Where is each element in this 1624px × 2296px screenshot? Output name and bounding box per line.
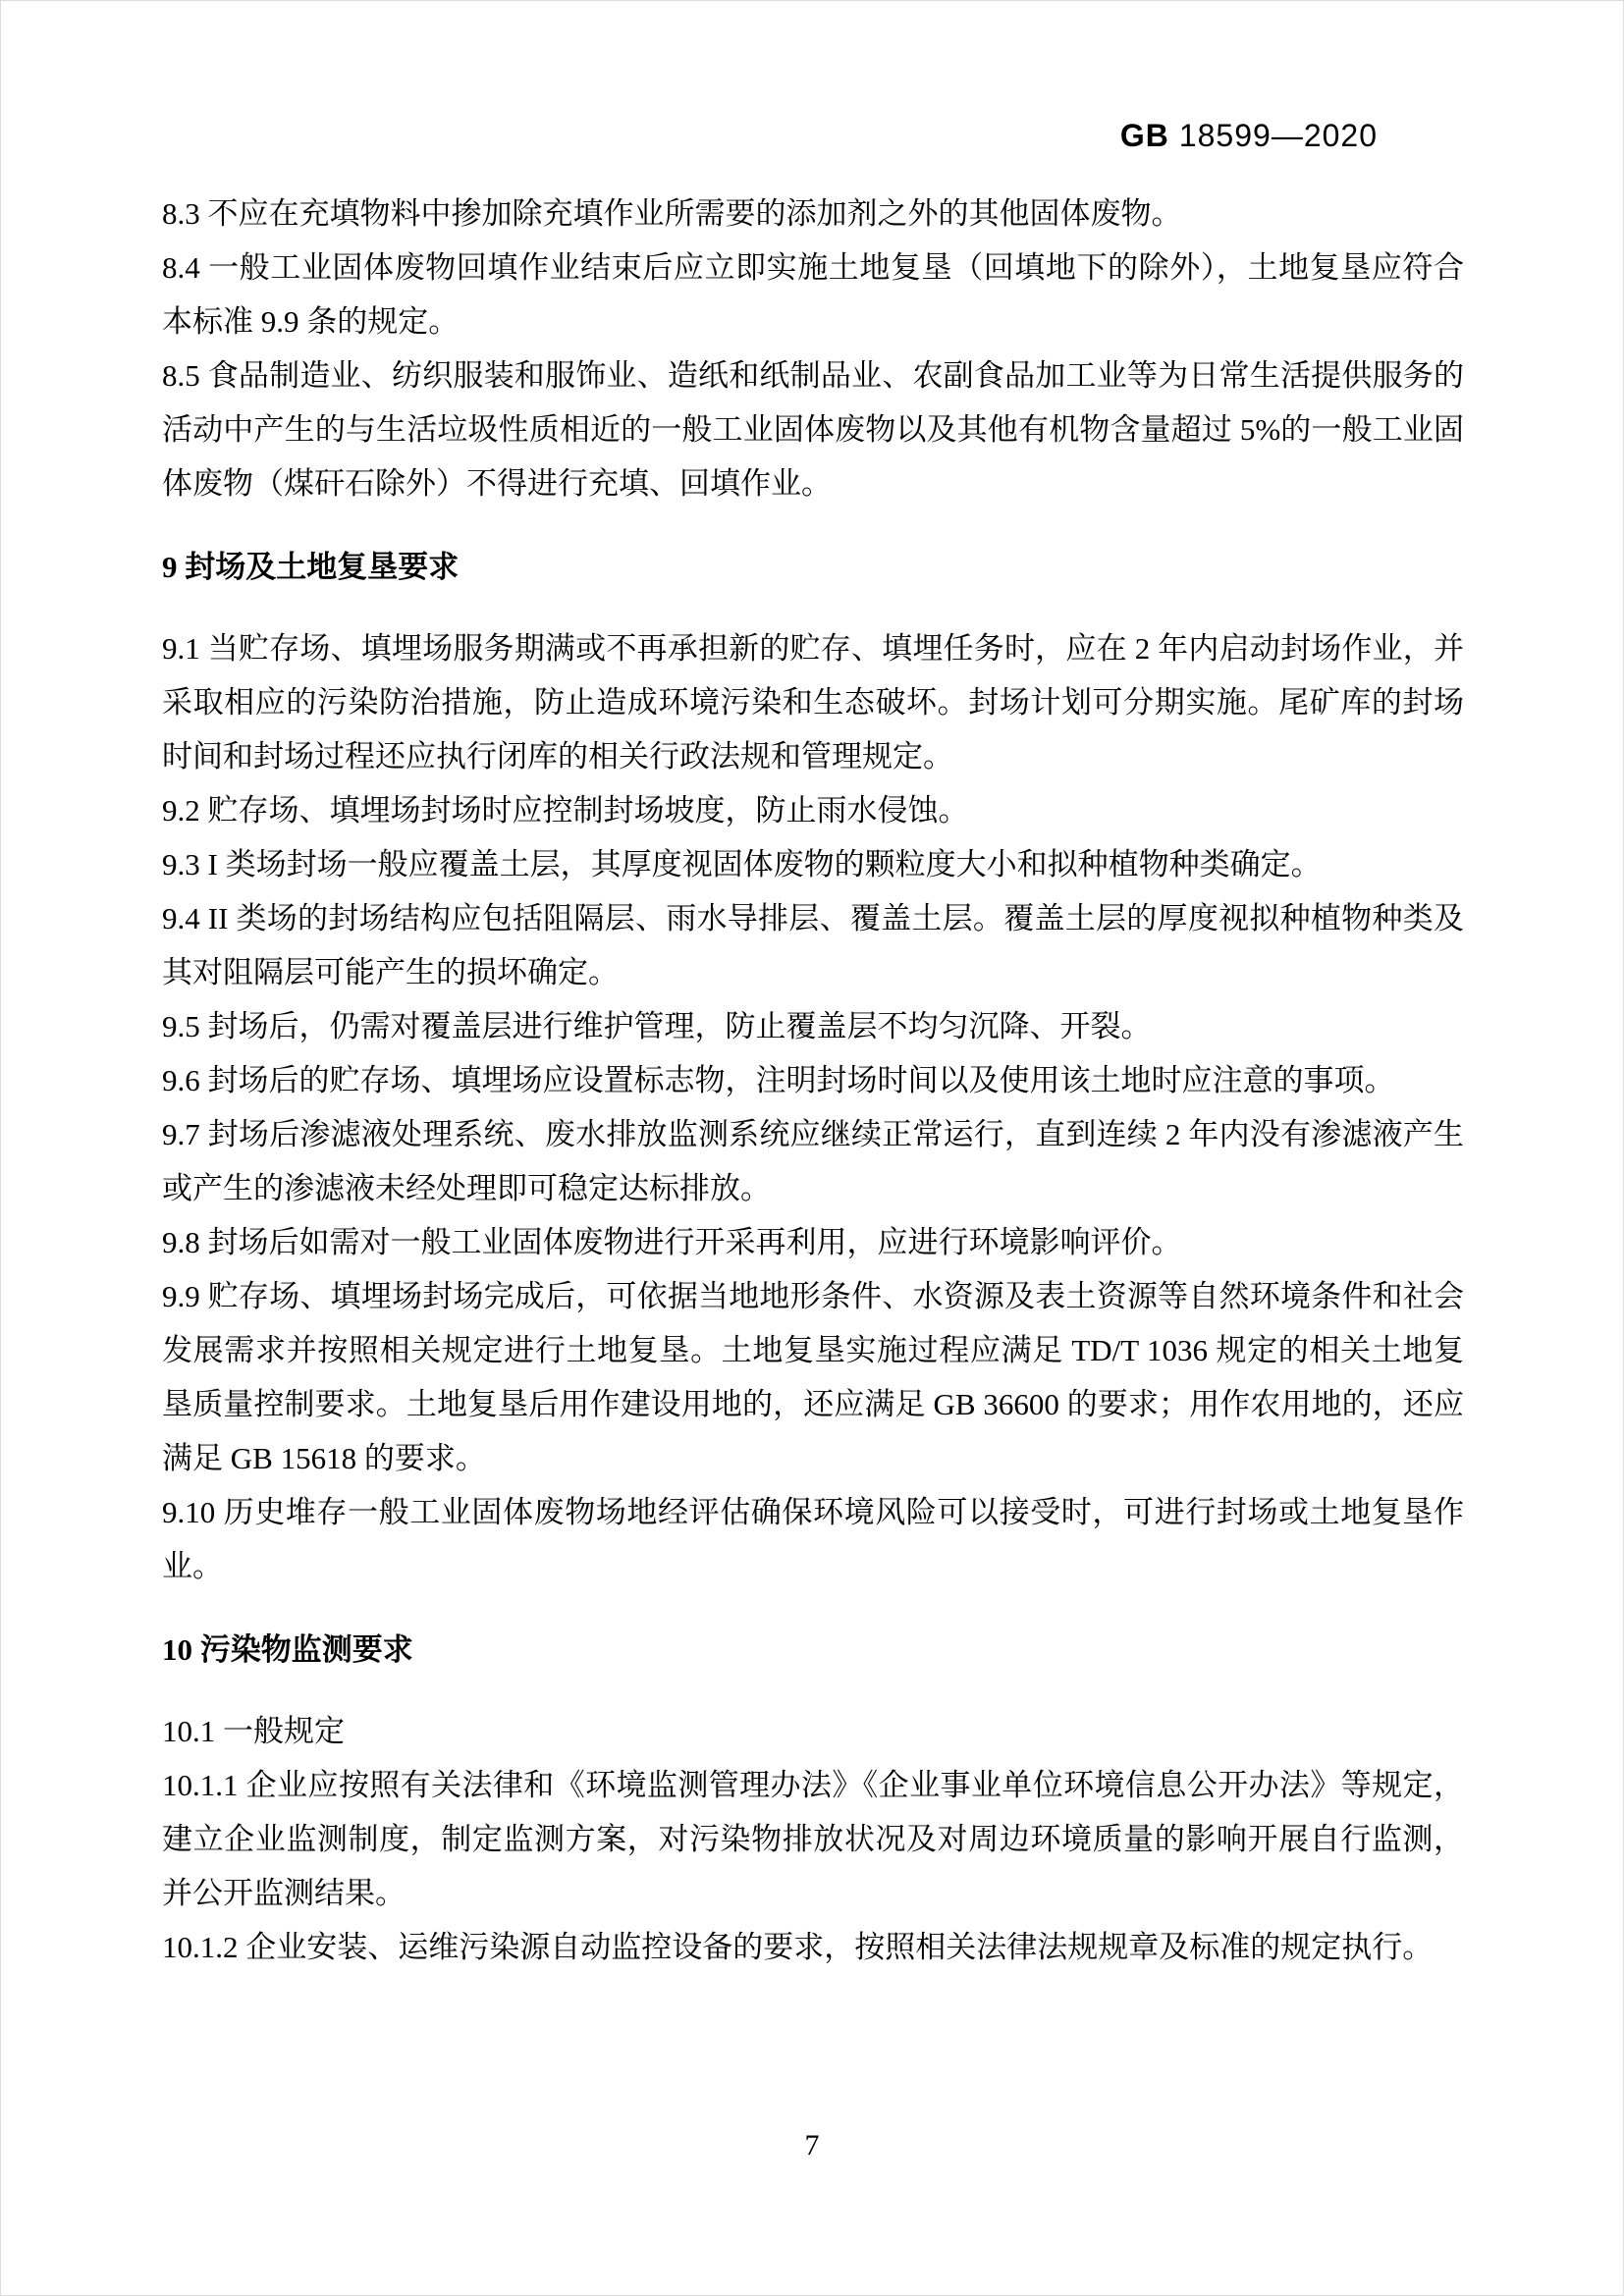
paragraph-9-7: 9.7 封场后渗滤液处理系统、废水排放监测系统应继续正常运行，直到连续 2 年内… (162, 1107, 1464, 1215)
paragraph-9-8: 9.8 封场后如需对一般工业固体废物进行开采再利用，应进行环境影响评价。 (162, 1215, 1464, 1269)
paragraph-9-1: 9.1 当贮存场、填埋场服务期满或不再承担新的贮存、填埋任务时，应在 2 年内启… (162, 621, 1464, 783)
paragraph-9-6: 9.6 封场后的贮存场、填埋场应设置标志物，注明封场时间以及使用该土地时应注意的… (162, 1053, 1464, 1107)
section-heading-10: 10 污染物监测要求 (162, 1623, 1464, 1677)
document-header: GB18599—2020 (1120, 118, 1378, 154)
paragraph-10-1: 10.1 一般规定 (162, 1704, 1464, 1758)
paragraph-8-4: 8.4 一般工业固体废物回填作业结束后应立即实施土地复垦（回填地下的除外），土地… (162, 240, 1464, 348)
paragraph-10-1-1: 10.1.1 企业应按照有关法律和《环境监测管理办法》《企业事业单位环境信息公开… (162, 1758, 1464, 1920)
standard-code-number: 18599—2020 (1179, 118, 1378, 153)
document-body: 8.3 不应在充填物料中掺加除充填作业所需要的添加剂之外的其他固体废物。 8.4… (162, 187, 1464, 1974)
paragraph-8-5: 8.5 食品制造业、纺织服装和服饰业、造纸和纸制品业、农副食品加工业等为日常生活… (162, 348, 1464, 510)
paragraph-9-10: 9.10 历史堆存一般工业固体废物场地经评估确保环境风险可以接受时，可进行封场或… (162, 1485, 1464, 1593)
paragraph-9-2: 9.2 贮存场、填埋场封场时应控制封场坡度，防止雨水侵蚀。 (162, 783, 1464, 837)
standard-code-prefix: GB (1120, 118, 1169, 153)
paragraph-10-1-2: 10.1.2 企业安装、运维污染源自动监控设备的要求，按照相关法律法规规章及标准… (162, 1920, 1464, 1974)
section-heading-9: 9 封场及土地复垦要求 (162, 540, 1464, 594)
paragraph-8-3: 8.3 不应在充填物料中掺加除充填作业所需要的添加剂之外的其他固体废物。 (162, 187, 1464, 240)
paragraph-9-4: 9.4 II 类场的封场结构应包括阻隔层、雨水导排层、覆盖土层。覆盖土层的厚度视… (162, 891, 1464, 999)
paragraph-9-5: 9.5 封场后，仍需对覆盖层进行维护管理，防止覆盖层不均匀沉降、开裂。 (162, 999, 1464, 1053)
paragraph-9-3: 9.3 I 类场封场一般应覆盖土层，其厚度视固体废物的颗粒度大小和拟种植物种类确… (162, 837, 1464, 891)
document-page: GB18599—2020 8.3 不应在充填物料中掺加除充填作业所需要的添加剂之… (0, 0, 1624, 2296)
paragraph-9-9: 9.9 贮存场、填埋场封场完成后，可依据当地地形条件、水资源及表土资源等自然环境… (162, 1269, 1464, 1485)
page-number: 7 (0, 2128, 1624, 2163)
